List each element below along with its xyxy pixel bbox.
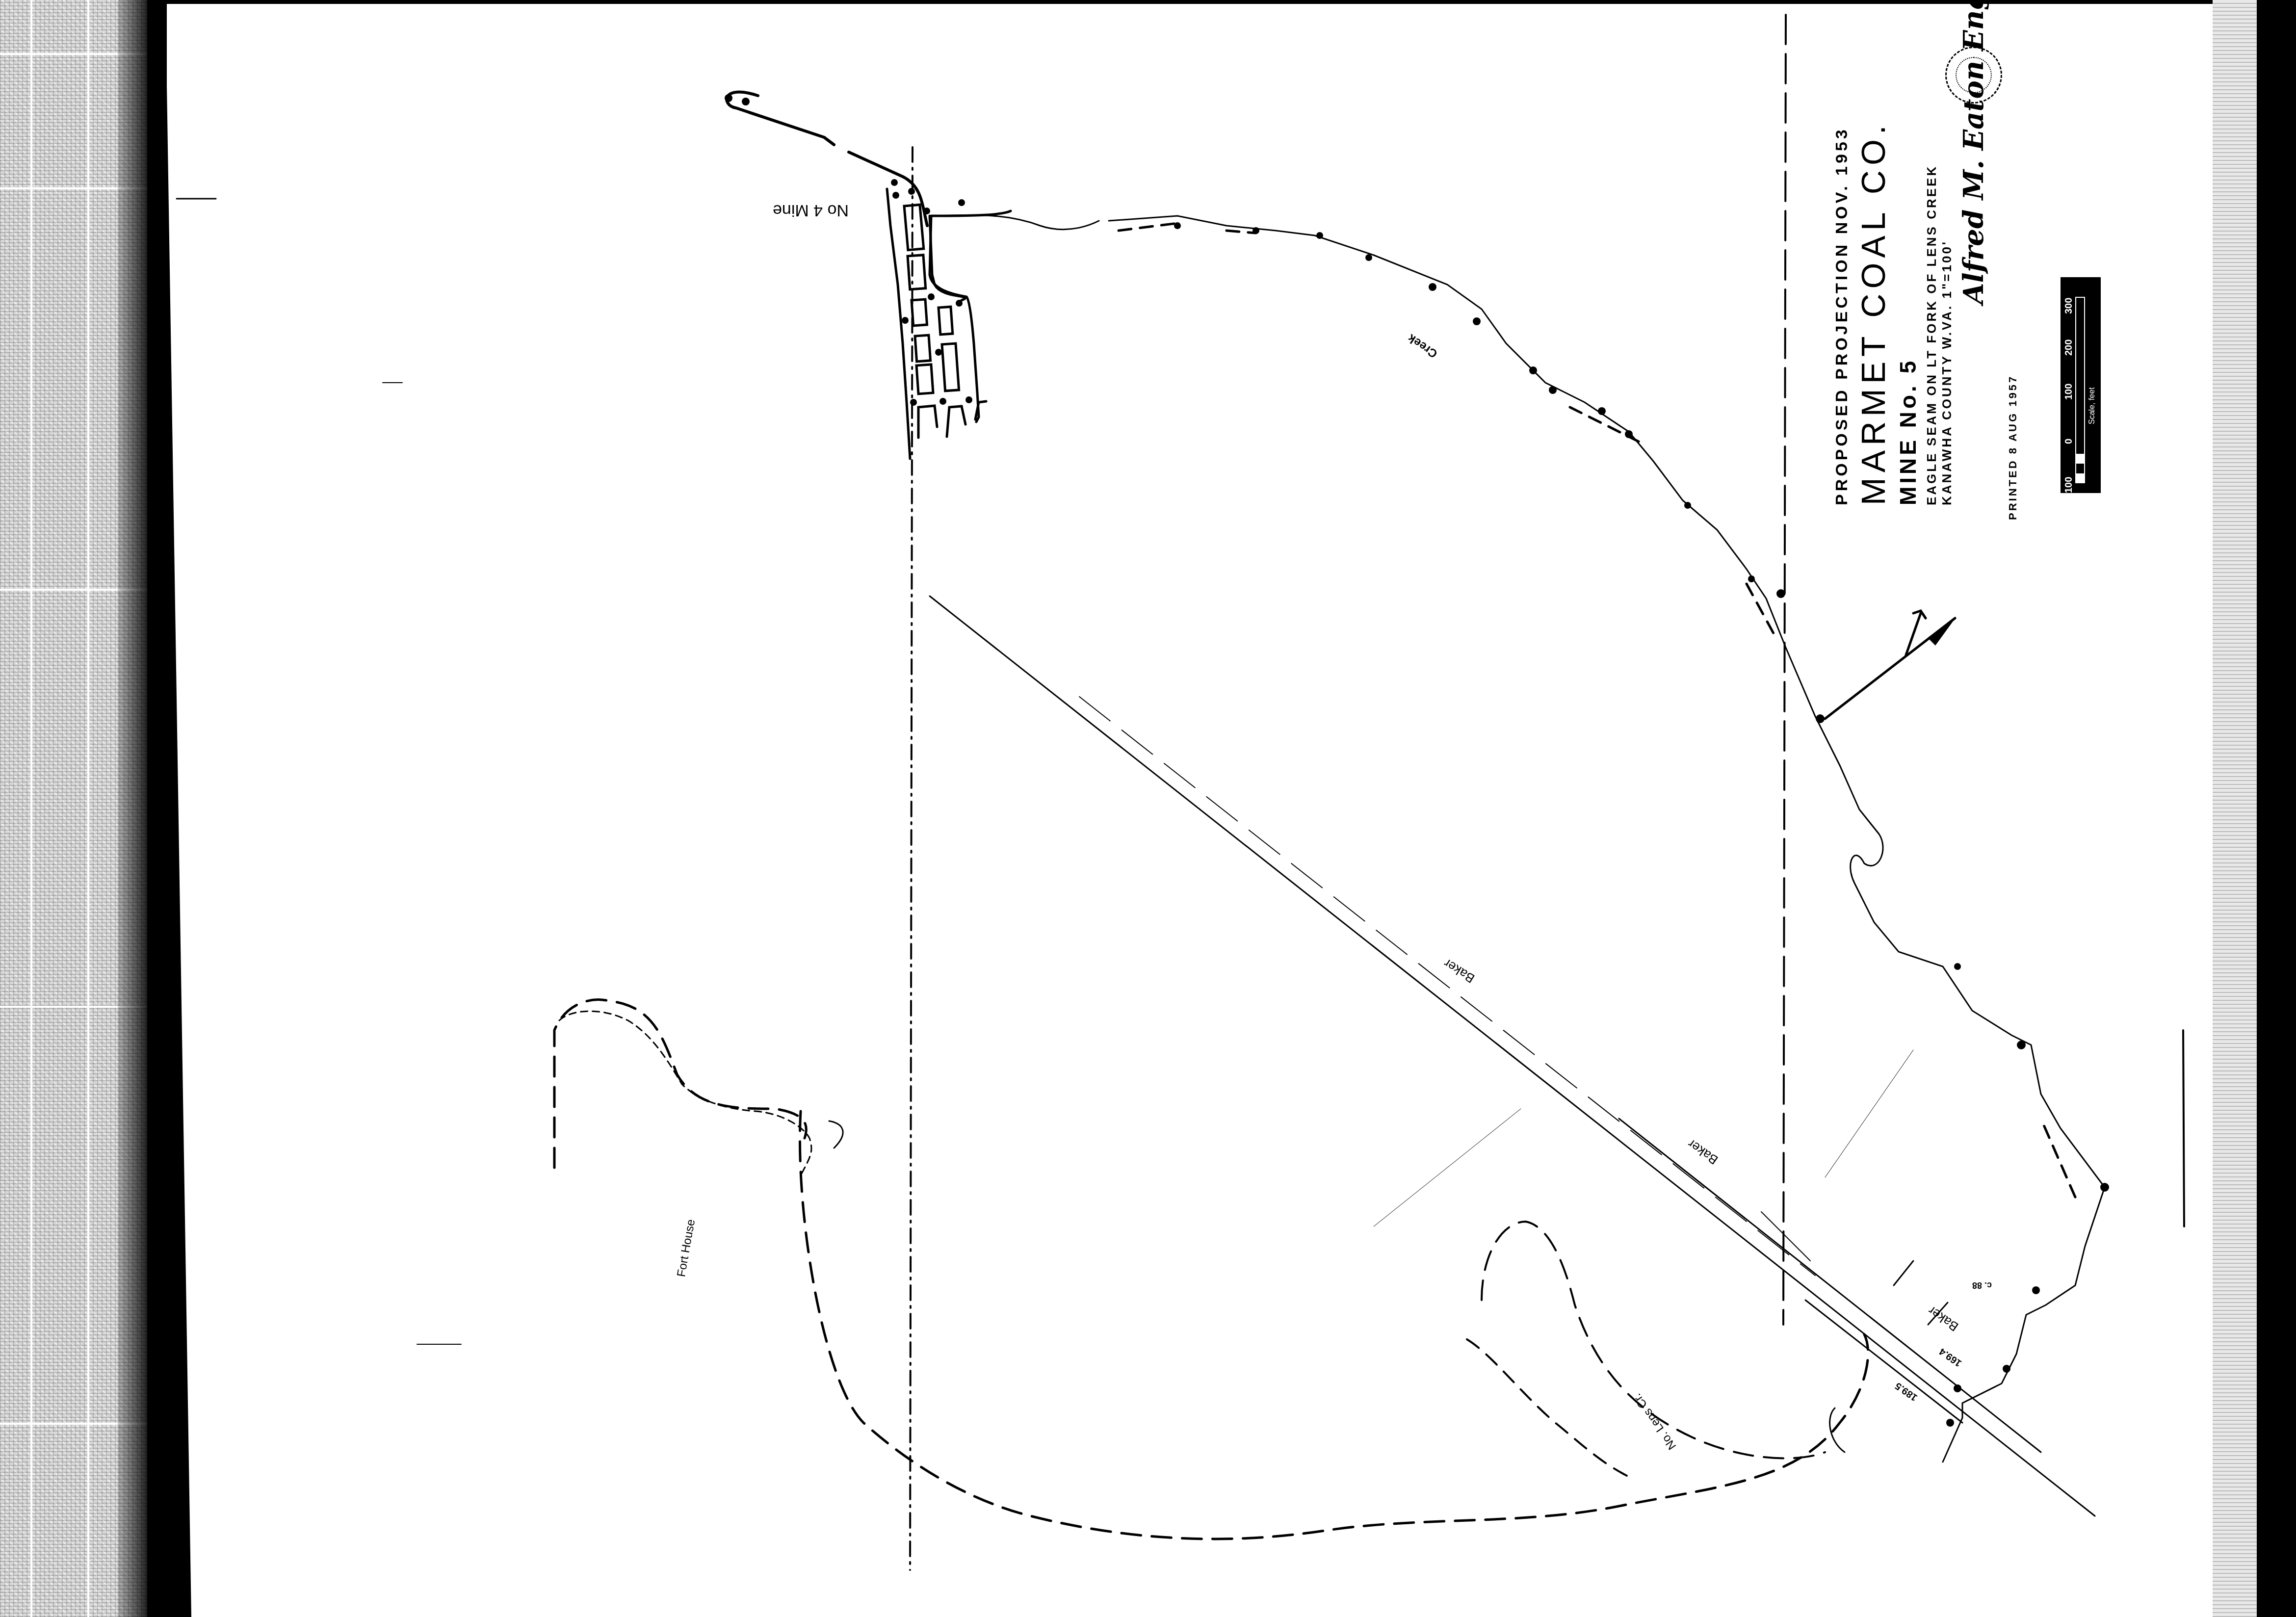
edge-line bbox=[2183, 1030, 2184, 1226]
boundary-loop-left bbox=[554, 1000, 806, 1168]
curve-mark bbox=[1830, 1408, 1845, 1452]
projection-date: PROPOSED PROJECTION NOV. 1953 bbox=[1832, 120, 1852, 505]
distance-label-3: c. 88 bbox=[1972, 1280, 1992, 1290]
scale-label: 200 bbox=[2063, 339, 2075, 356]
scale-bar-check bbox=[2076, 473, 2084, 483]
scale-caption: Scale, feet bbox=[2088, 387, 2097, 424]
title-block: PROPOSED PROJECTION NOV. 1953 MARMET COA… bbox=[1832, 120, 1955, 505]
scale-label: 0 bbox=[2063, 439, 2075, 444]
faint-line-2 bbox=[1825, 1050, 1913, 1177]
mine-label: No 4 Mine bbox=[773, 201, 849, 220]
mine-workings bbox=[887, 189, 1011, 459]
property-boundary-lens-cr bbox=[1467, 1339, 1629, 1477]
offset-line bbox=[1894, 1261, 1913, 1285]
faint-line bbox=[1374, 1109, 1521, 1226]
boundary-loop-left-inner bbox=[559, 1011, 811, 1177]
fold-line bbox=[1783, 15, 1786, 1325]
scale-label: 300 bbox=[2063, 298, 2075, 314]
north-arrow-head bbox=[1928, 618, 1955, 645]
company-name: MARMET COAL CO. bbox=[1854, 120, 1893, 505]
print-note: PRINTED 8 AUG 1957 bbox=[2007, 375, 2019, 520]
magnetic-arrow bbox=[1906, 613, 1921, 655]
engineer-signature: Alfred M. Eaton Eng. bbox=[1957, 0, 1990, 304]
map-sheet: PROPOSED PROJECTION NOV. 1953 MARMET COA… bbox=[0, 0, 2296, 1617]
scale-label: 100 bbox=[2063, 477, 2075, 493]
scale-bar-check bbox=[2076, 454, 2084, 464]
diagonal-survey-line bbox=[930, 596, 2095, 1516]
property-boundary-lower bbox=[800, 1111, 1868, 1539]
mine-number: MINE No. 5 bbox=[1895, 120, 1921, 505]
boundary-hook bbox=[829, 1121, 843, 1148]
survey-line-vertical bbox=[910, 147, 913, 1570]
diagonal-parallel-line bbox=[1079, 697, 1815, 1276]
county-scale: KANAWHA COUNTY W.VA. 1"=100' bbox=[1939, 120, 1955, 505]
scale-bar: 100 0 100 200 300 Scale, feet bbox=[2061, 277, 2101, 493]
seam-location: EAGLE SEAM ON LT FORK OF LENS CREEK bbox=[1924, 120, 1939, 505]
scale-label: 100 bbox=[2063, 384, 2075, 400]
